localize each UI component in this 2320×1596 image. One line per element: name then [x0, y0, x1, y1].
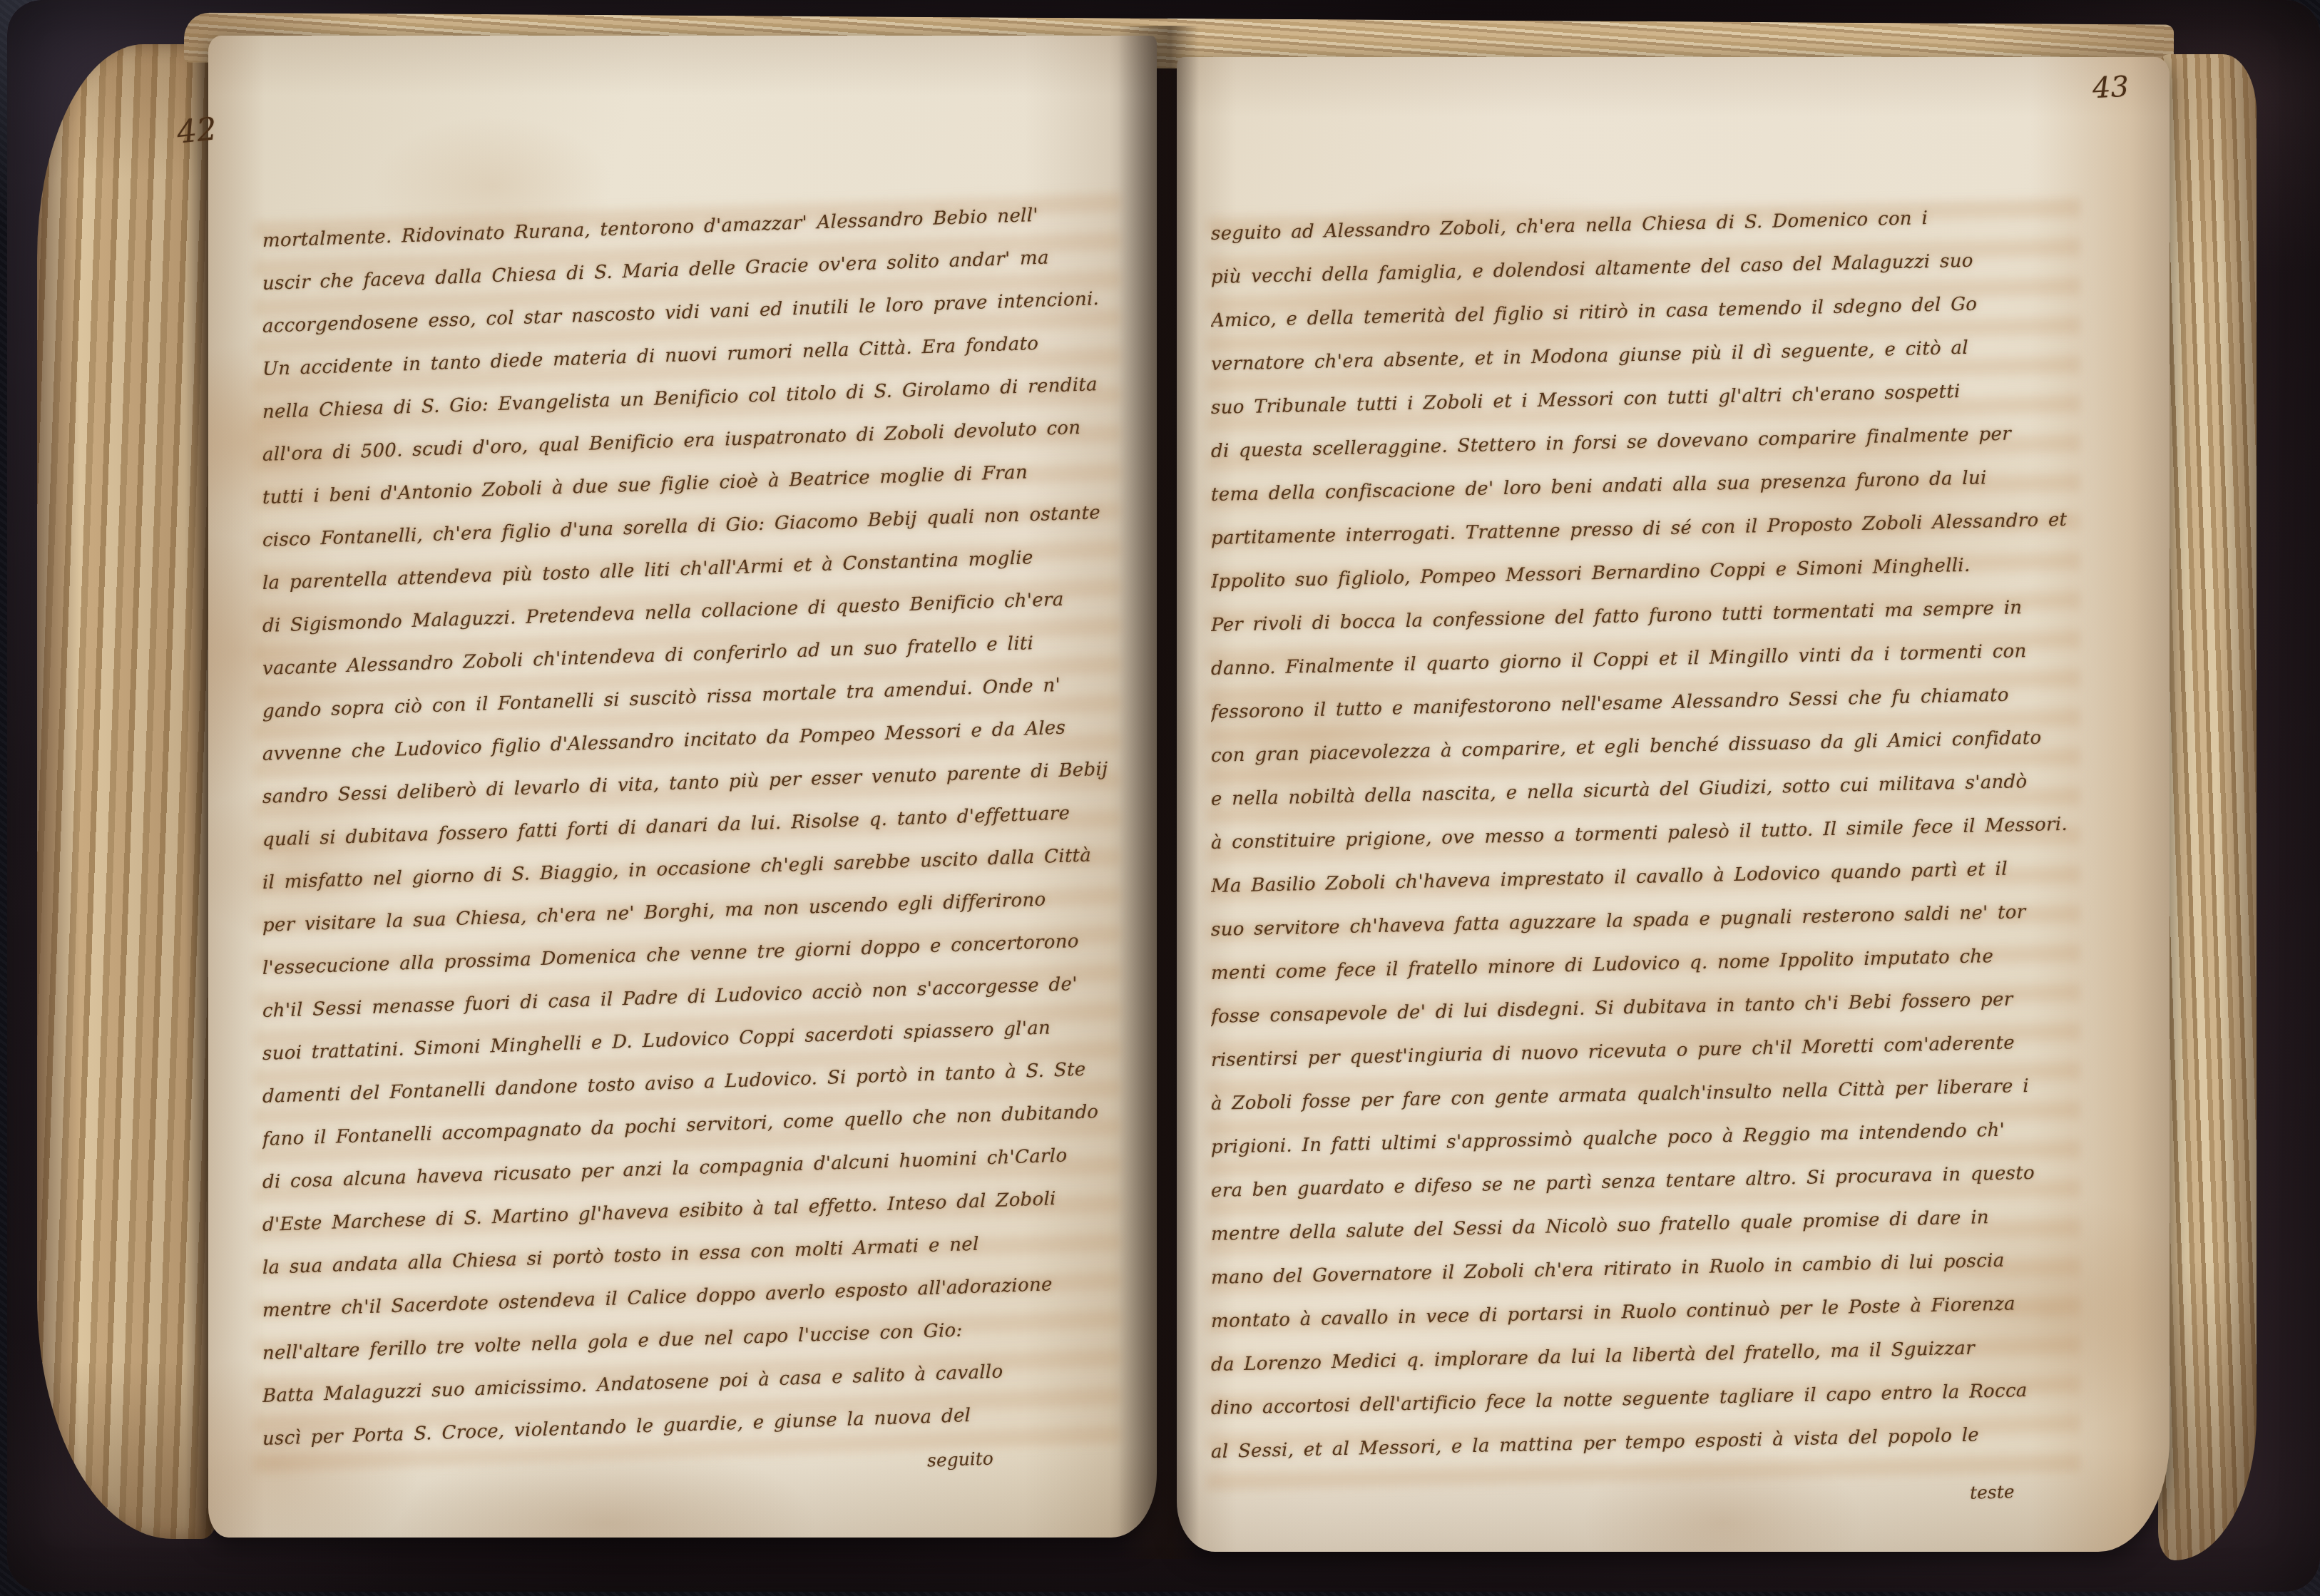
- page-edges-left: [37, 44, 217, 1539]
- page-edges-right: [2158, 54, 2257, 1560]
- gutter-shadow: [1118, 26, 1202, 1559]
- right-folio-number: 43: [2092, 71, 2130, 106]
- right-page-text: seguito ad Alessandro Zoboli, ch'era nel…: [1211, 194, 2075, 1474]
- left-folio-number: 42: [175, 111, 218, 151]
- left-page-text: mortalmente. Ridovinato Rurana, tentoron…: [262, 192, 1111, 1461]
- manuscript-photo: 42 43 mortalmente. Ridovinato Rurana, te…: [0, 0, 2320, 1596]
- left-catchword: seguito: [927, 1448, 994, 1470]
- right-catchword: teste: [1970, 1481, 2015, 1503]
